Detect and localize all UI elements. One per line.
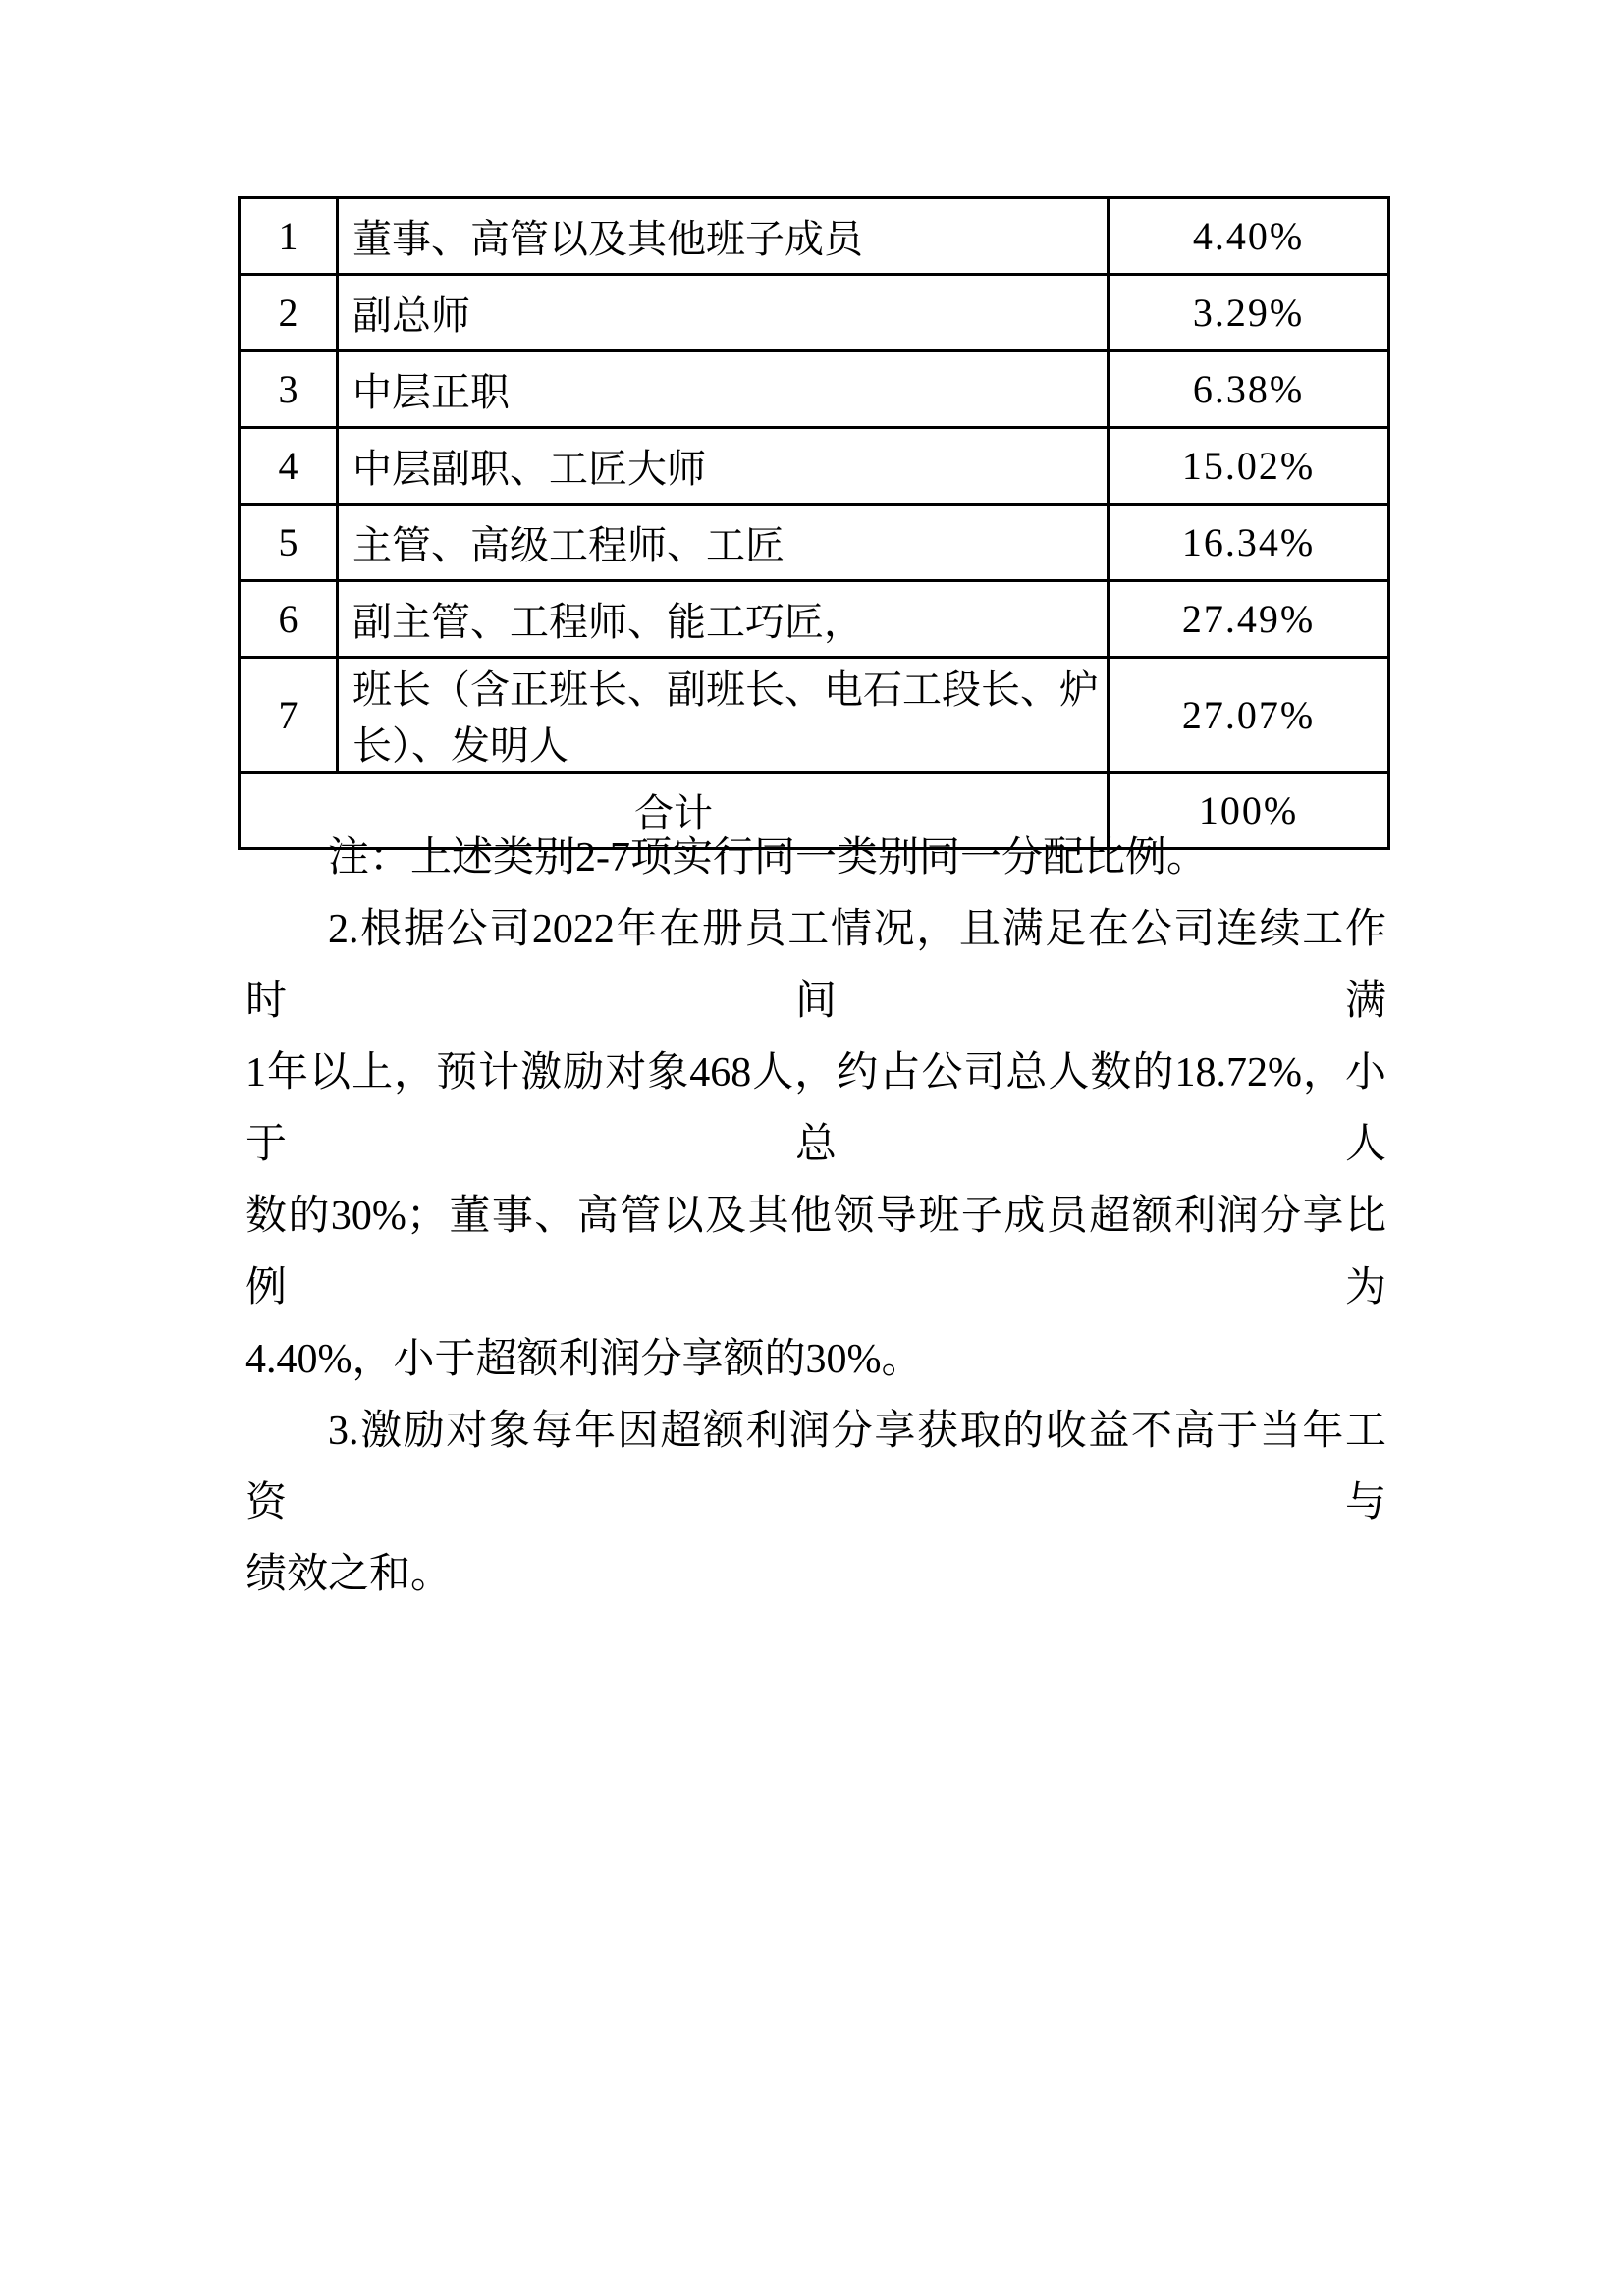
ratio-cell: 27.07% xyxy=(1109,658,1389,773)
ratio-cell: 6.38% xyxy=(1109,351,1389,428)
ratio-cell: 27.49% xyxy=(1109,581,1389,658)
paragraph-2-line-4: 4.40%，小于超额利润分享额的30%。 xyxy=(245,1324,1386,1396)
table-row-7: 7 班长（含正班长、副班长、电石工段长、炉长）、发明人 27.07% xyxy=(240,658,1389,773)
row-number-cell: 6 xyxy=(240,581,338,658)
paragraph-3-line-1: 3.激励对象每年因超额利润分享获取的收益不高于当年工资与 xyxy=(245,1396,1386,1539)
note-line: 注：上述类别2-7项实行同一类别同一分配比例。 xyxy=(245,823,1386,894)
table-row-4: 4 中层副职、工匠大师 15.02% xyxy=(240,428,1389,505)
paragraph-3-line-2: 绩效之和。 xyxy=(245,1539,1386,1611)
category-cell: 班长（含正班长、副班长、电石工段长、炉长）、发明人 xyxy=(338,658,1109,773)
category-cell: 中层正职 xyxy=(338,351,1109,428)
row-number-cell: 2 xyxy=(240,275,338,351)
document-page: 1 董事、高管以及其他班子成员 4.40% 2 副总师 3.29% 3 中层正职… xyxy=(0,0,1624,2296)
ratio-cell: 15.02% xyxy=(1109,428,1389,505)
table-row-5: 5 主管、高级工程师、工匠 16.34% xyxy=(240,505,1389,581)
category-cell: 中层副职、工匠大师 xyxy=(338,428,1109,505)
category-cell: 副总师 xyxy=(338,275,1109,351)
table-row-3: 3 中层正职 6.38% xyxy=(240,351,1389,428)
allocation-table: 1 董事、高管以及其他班子成员 4.40% 2 副总师 3.29% 3 中层正职… xyxy=(238,196,1390,850)
paragraph-2-line-3: 数的30%；董事、高管以及其他领导班子成员超额利润分享比例为 xyxy=(245,1181,1386,1324)
table-row-6: 6 副主管、工程师、能工巧匠， 27.49% xyxy=(240,581,1389,658)
category-cell: 主管、高级工程师、工匠 xyxy=(338,505,1109,581)
notes-section: 注：上述类别2-7项实行同一类别同一分配比例。 2.根据公司2022年在册员工情… xyxy=(245,823,1386,1611)
table-row-1: 1 董事、高管以及其他班子成员 4.40% xyxy=(240,198,1389,275)
row-number-cell: 1 xyxy=(240,198,338,275)
paragraph-2-line-1: 2.根据公司2022年在册员工情况，且满足在公司连续工作时间满 xyxy=(245,894,1386,1038)
row-number-cell: 7 xyxy=(240,658,338,773)
row-number-cell: 3 xyxy=(240,351,338,428)
row-number-cell: 5 xyxy=(240,505,338,581)
category-cell: 董事、高管以及其他班子成员 xyxy=(338,198,1109,275)
row-number-cell: 4 xyxy=(240,428,338,505)
paragraph-2-line-2: 1年以上，预计激励对象468人，约占公司总人数的18.72%，小于总人 xyxy=(245,1038,1386,1181)
ratio-cell: 16.34% xyxy=(1109,505,1389,581)
category-cell: 副主管、工程师、能工巧匠， xyxy=(338,581,1109,658)
ratio-cell: 4.40% xyxy=(1109,198,1389,275)
ratio-cell: 3.29% xyxy=(1109,275,1389,351)
table-row-2: 2 副总师 3.29% xyxy=(240,275,1389,351)
